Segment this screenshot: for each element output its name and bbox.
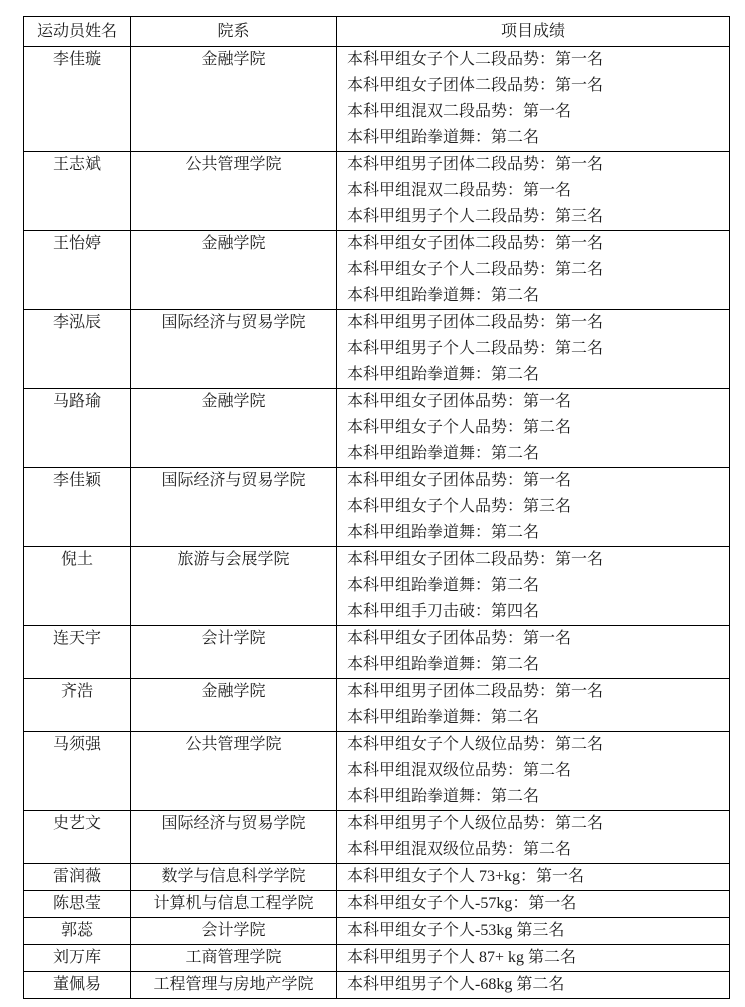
results-cell: 本科甲组男子个人级位品势：第二名本科甲组混双级位品势：第二名: [337, 811, 730, 864]
department-cell: 金融学院: [131, 389, 337, 468]
table-row: 连天宇会计学院本科甲组女子团体品势：第一名本科甲组跆拳道舞：第二名: [24, 626, 730, 679]
result-line: 本科甲组女子团体二段品势：第一名: [337, 73, 729, 99]
result-line: 本科甲组女子个人二段品势：第二名: [337, 257, 729, 283]
result-line: 本科甲组女子个人品势：第三名: [337, 494, 729, 520]
result-line: 本科甲组女子个人二段品势：第一名: [337, 47, 729, 73]
results-cell: 本科甲组女子团体品势：第一名本科甲组跆拳道舞：第二名: [337, 626, 730, 679]
table-row: 陈思莹计算机与信息工程学院本科甲组女子个人-57kg：第一名: [24, 891, 730, 918]
result-line: 本科甲组跆拳道舞：第二名: [337, 573, 729, 599]
results-cell: 本科甲组男子个人-68kg 第二名: [337, 972, 730, 999]
athlete-name-cell: 王怡婷: [24, 231, 131, 310]
table-row: 马路瑜金融学院本科甲组女子团体品势：第一名本科甲组女子个人品势：第二名本科甲组跆…: [24, 389, 730, 468]
results-cell: 本科甲组女子团体品势：第一名本科甲组女子个人品势：第二名本科甲组跆拳道舞：第二名: [337, 389, 730, 468]
result-line: 本科甲组男子个人级位品势：第二名: [337, 811, 729, 837]
header-event-results: 项目成绩: [337, 17, 730, 47]
result-line: 本科甲组混双级位品势：第二名: [337, 758, 729, 784]
result-line: 本科甲组混双二段品势：第一名: [337, 178, 729, 204]
results-cell: 本科甲组女子团体品势：第一名本科甲组女子个人品势：第三名本科甲组跆拳道舞：第二名: [337, 468, 730, 547]
result-line: 本科甲组男子团体二段品势：第一名: [337, 310, 729, 336]
department-cell: 会计学院: [131, 626, 337, 679]
department-cell: 金融学院: [131, 231, 337, 310]
results-cell: 本科甲组男子团体二段品势：第一名本科甲组混双二段品势：第一名本科甲组男子个人二段…: [337, 152, 730, 231]
result-line: 本科甲组混双级位品势：第二名: [337, 837, 729, 863]
department-cell: 工程管理与房地产学院: [131, 972, 337, 999]
department-cell: 旅游与会展学院: [131, 547, 337, 626]
athlete-results-table: 运动员姓名 院系 项目成绩 李佳璇金融学院本科甲组女子个人二段品势：第一名本科甲…: [23, 16, 730, 999]
table-row: 李佳颖国际经济与贸易学院本科甲组女子团体品势：第一名本科甲组女子个人品势：第三名…: [24, 468, 730, 547]
department-cell: 公共管理学院: [131, 732, 337, 811]
athlete-name-cell: 王志斌: [24, 152, 131, 231]
result-line: 本科甲组女子个人-53kg 第三名: [337, 918, 729, 944]
result-line: 本科甲组男子团体二段品势：第一名: [337, 152, 729, 178]
athlete-name-cell: 马路瑜: [24, 389, 131, 468]
table-row: 王志斌公共管理学院本科甲组男子团体二段品势：第一名本科甲组混双二段品势：第一名本…: [24, 152, 730, 231]
result-line: 本科甲组女子个人级位品势：第二名: [337, 732, 729, 758]
result-line: 本科甲组男子团体二段品势：第一名: [337, 679, 729, 705]
athlete-name-cell: 李佳颖: [24, 468, 131, 547]
result-line: 本科甲组女子团体品势：第一名: [337, 626, 729, 652]
athlete-name-cell: 李佳璇: [24, 47, 131, 152]
result-line: 本科甲组男子个人二段品势：第二名: [337, 336, 729, 362]
table-row: 史艺文国际经济与贸易学院本科甲组男子个人级位品势：第二名本科甲组混双级位品势：第…: [24, 811, 730, 864]
header-athlete-name: 运动员姓名: [24, 17, 131, 47]
result-line: 本科甲组女子团体品势：第一名: [337, 389, 729, 415]
result-line: 本科甲组女子个人 73+kg：第一名: [337, 864, 729, 890]
table-row: 郭蕊会计学院本科甲组女子个人-53kg 第三名: [24, 918, 730, 945]
document-page: 运动员姓名 院系 项目成绩 李佳璇金融学院本科甲组女子个人二段品势：第一名本科甲…: [0, 0, 745, 1007]
athlete-name-cell: 史艺文: [24, 811, 131, 864]
department-cell: 国际经济与贸易学院: [131, 468, 337, 547]
athlete-name-cell: 倪土: [24, 547, 131, 626]
results-cell: 本科甲组女子团体二段品势：第一名本科甲组女子个人二段品势：第二名本科甲组跆拳道舞…: [337, 231, 730, 310]
result-line: 本科甲组女子个人品势：第二名: [337, 415, 729, 441]
table-row: 王怡婷金融学院本科甲组女子团体二段品势：第一名本科甲组女子个人二段品势：第二名本…: [24, 231, 730, 310]
department-cell: 金融学院: [131, 47, 337, 152]
result-line: 本科甲组跆拳道舞：第二名: [337, 784, 729, 810]
department-cell: 金融学院: [131, 679, 337, 732]
athlete-name-cell: 董佩易: [24, 972, 131, 999]
athlete-name-cell: 雷润薇: [24, 864, 131, 891]
results-cell: 本科甲组男子团体二段品势：第一名本科甲组跆拳道舞：第二名: [337, 679, 730, 732]
athlete-name-cell: 连天宇: [24, 626, 131, 679]
result-line: 本科甲组男子个人 87+ kg 第二名: [337, 945, 729, 971]
department-cell: 国际经济与贸易学院: [131, 811, 337, 864]
table-row: 雷润薇数学与信息科学学院本科甲组女子个人 73+kg：第一名: [24, 864, 730, 891]
result-line: 本科甲组跆拳道舞：第二名: [337, 520, 729, 546]
results-cell: 本科甲组女子个人-57kg：第一名: [337, 891, 730, 918]
results-cell: 本科甲组女子团体二段品势：第一名本科甲组跆拳道舞：第二名本科甲组手刀击破：第四名: [337, 547, 730, 626]
result-line: 本科甲组跆拳道舞：第二名: [337, 283, 729, 309]
results-cell: 本科甲组女子个人 73+kg：第一名: [337, 864, 730, 891]
table-row: 倪土旅游与会展学院本科甲组女子团体二段品势：第一名本科甲组跆拳道舞：第二名本科甲…: [24, 547, 730, 626]
result-line: 本科甲组跆拳道舞：第二名: [337, 652, 729, 678]
department-cell: 会计学院: [131, 918, 337, 945]
department-cell: 国际经济与贸易学院: [131, 310, 337, 389]
table-row: 李泓辰国际经济与贸易学院本科甲组男子团体二段品势：第一名本科甲组男子个人二段品势…: [24, 310, 730, 389]
table-row: 马须强公共管理学院本科甲组女子个人级位品势：第二名本科甲组混双级位品势：第二名本…: [24, 732, 730, 811]
athlete-name-cell: 马须强: [24, 732, 131, 811]
table-row: 李佳璇金融学院本科甲组女子个人二段品势：第一名本科甲组女子团体二段品势：第一名本…: [24, 47, 730, 152]
result-line: 本科甲组手刀击破：第四名: [337, 599, 729, 625]
result-line: 本科甲组女子团体二段品势：第一名: [337, 547, 729, 573]
results-cell: 本科甲组男子个人 87+ kg 第二名: [337, 945, 730, 972]
results-cell: 本科甲组女子个人-53kg 第三名: [337, 918, 730, 945]
results-cell: 本科甲组男子团体二段品势：第一名本科甲组男子个人二段品势：第二名本科甲组跆拳道舞…: [337, 310, 730, 389]
table-row: 齐浩金融学院本科甲组男子团体二段品势：第一名本科甲组跆拳道舞：第二名: [24, 679, 730, 732]
result-line: 本科甲组男子个人二段品势：第三名: [337, 204, 729, 230]
header-department: 院系: [131, 17, 337, 47]
table-row: 刘万库工商管理学院本科甲组男子个人 87+ kg 第二名: [24, 945, 730, 972]
result-line: 本科甲组女子个人-57kg：第一名: [337, 891, 729, 917]
result-line: 本科甲组女子团体二段品势：第一名: [337, 231, 729, 257]
result-line: 本科甲组混双二段品势：第一名: [337, 99, 729, 125]
result-line: 本科甲组跆拳道舞：第二名: [337, 705, 729, 731]
athlete-name-cell: 陈思莹: [24, 891, 131, 918]
department-cell: 工商管理学院: [131, 945, 337, 972]
results-cell: 本科甲组女子个人级位品势：第二名本科甲组混双级位品势：第二名本科甲组跆拳道舞：第…: [337, 732, 730, 811]
department-cell: 数学与信息科学学院: [131, 864, 337, 891]
results-cell: 本科甲组女子个人二段品势：第一名本科甲组女子团体二段品势：第一名本科甲组混双二段…: [337, 47, 730, 152]
result-line: 本科甲组跆拳道舞：第二名: [337, 125, 729, 151]
table-header-row: 运动员姓名 院系 项目成绩: [24, 17, 730, 47]
results-table-body: 李佳璇金融学院本科甲组女子个人二段品势：第一名本科甲组女子团体二段品势：第一名本…: [24, 47, 730, 999]
athlete-name-cell: 刘万库: [24, 945, 131, 972]
result-line: 本科甲组跆拳道舞：第二名: [337, 441, 729, 467]
department-cell: 公共管理学院: [131, 152, 337, 231]
athlete-name-cell: 郭蕊: [24, 918, 131, 945]
result-line: 本科甲组女子团体品势：第一名: [337, 468, 729, 494]
table-row: 董佩易工程管理与房地产学院本科甲组男子个人-68kg 第二名: [24, 972, 730, 999]
athlete-name-cell: 李泓辰: [24, 310, 131, 389]
result-line: 本科甲组男子个人-68kg 第二名: [337, 972, 729, 998]
result-line: 本科甲组跆拳道舞：第二名: [337, 362, 729, 388]
department-cell: 计算机与信息工程学院: [131, 891, 337, 918]
athlete-name-cell: 齐浩: [24, 679, 131, 732]
